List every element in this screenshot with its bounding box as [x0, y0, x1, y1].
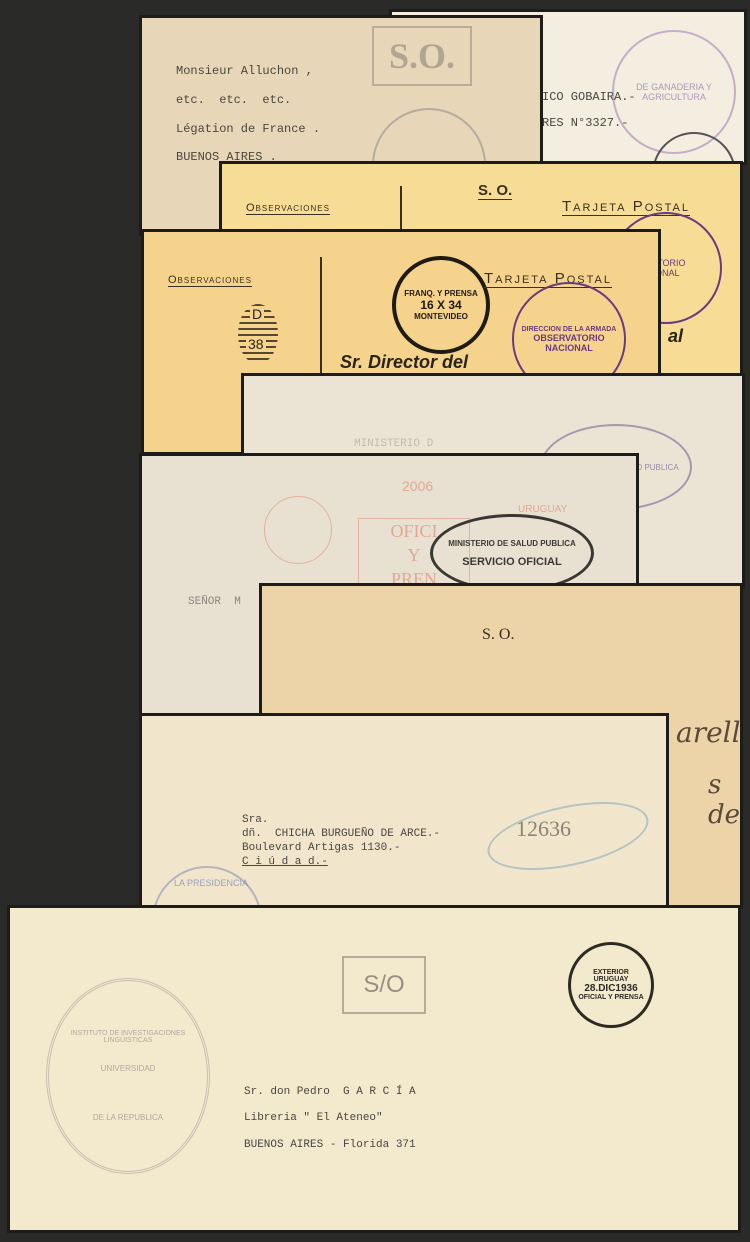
- handwriting: s de: [708, 770, 740, 830]
- so-text: S. O.: [482, 626, 514, 644]
- address-line: Libreria " El Ateneo": [244, 1112, 383, 1124]
- meter-date-circle: [264, 496, 332, 564]
- cancel-number: 38: [246, 336, 266, 352]
- addressee: Sr. Director del: [340, 352, 468, 373]
- ganaderia-seal: DE GANADERIA Y AGRICULTURA: [612, 30, 736, 154]
- montevideo-postmark: FRANQ. Y PRENSA 16 X 34 MONTEVIDEO: [392, 256, 490, 354]
- address-line: SEÑOR M: [188, 596, 241, 608]
- address-line: Sr. don Pedro G A R C Í A: [244, 1086, 416, 1098]
- postmark-text: MONTEVIDEO: [414, 312, 468, 321]
- seal-text: INSTITUTO DE INVESTIGACIONES LINGÜISTICA…: [49, 1030, 207, 1044]
- addressee-tail: al: [668, 326, 683, 347]
- so-heading: S. O.: [478, 182, 512, 200]
- observaciones-label: Observaciones: [168, 274, 252, 287]
- seal-text: NACIONAL: [545, 343, 593, 353]
- observaciones-label: Observaciones: [246, 202, 330, 215]
- stamp-text: SERVICIO OFICIAL: [462, 556, 561, 568]
- presidencia-seal: LA PRESIDENCIA: [152, 866, 262, 906]
- meter-value: 2006: [402, 478, 433, 494]
- address-line: etc. etc. etc.: [176, 93, 291, 107]
- seal-text: DIRECCION DE LA ARMADA: [522, 326, 617, 333]
- seal-text: OBSERVATORIO: [533, 333, 604, 343]
- postmark-text: URUGUAY: [594, 976, 629, 983]
- cover-presidencia: Sra. dñ. CHICHA BURGUEÑO DE ARCE.- Boule…: [142, 716, 666, 906]
- stamp-text: MINISTERIO DE SALUD PUBLICA: [448, 539, 576, 548]
- address-line: Monsieur Alluchon ,: [176, 64, 313, 78]
- address-line: Légation de France .: [176, 122, 320, 136]
- handwriting: arell: [676, 716, 740, 749]
- address-line: dñ. CHICHA BURGUEÑO DE ARCE.-: [242, 828, 440, 840]
- postmark-date: 16 X 34: [420, 298, 461, 312]
- address-line: Sra.: [242, 814, 268, 826]
- seal-text: DE LA REPUBLICA: [93, 1113, 163, 1122]
- seal-text: DE GANADERIA Y AGRICULTURA: [614, 82, 734, 102]
- seal-text: LA PRESIDENCIA: [174, 878, 248, 888]
- postmark-text: FRANQ. Y PRENSA: [404, 289, 478, 298]
- seal-text: UNIVERSIDAD: [101, 1064, 156, 1073]
- address-line: BUENOS AIRES .: [176, 150, 277, 164]
- cover-garcia: S/O Sr. don Pedro G A R C Í A Libreria "…: [10, 908, 738, 1230]
- address-line: BUENOS AIRES - Florida 371: [244, 1139, 416, 1151]
- address-line: Boulevard Artigas 1130.-: [242, 842, 400, 854]
- cancel-letter: D: [250, 306, 264, 322]
- faint-text: MINISTERIO D: [354, 438, 433, 450]
- postmark-date: 28.DIC1936: [584, 983, 637, 994]
- so-box-stamp: S/O: [342, 956, 426, 1014]
- postmark-text: EXTERIOR: [593, 969, 629, 976]
- address-line: RES N°3327.-: [542, 116, 628, 130]
- meter-country: URUGUAY: [518, 504, 567, 515]
- university-seal: INSTITUTO DE INVESTIGACIONES LINGÜISTICA…: [46, 978, 210, 1174]
- registration-number: 12636: [516, 816, 571, 842]
- so-box-stamp: S.O.: [372, 26, 472, 86]
- postmark-text: OFICIAL Y PRENSA: [578, 994, 643, 1001]
- address-line: C i ú d a d.-: [242, 856, 328, 868]
- salud-oval-stamp: MINISTERIO DE SALUD PUBLICA SERVICIO OFI…: [430, 514, 594, 592]
- oficial-y-prensa-postmark: EXTERIOR URUGUAY 28.DIC1936 OFICIAL Y PR…: [568, 942, 654, 1028]
